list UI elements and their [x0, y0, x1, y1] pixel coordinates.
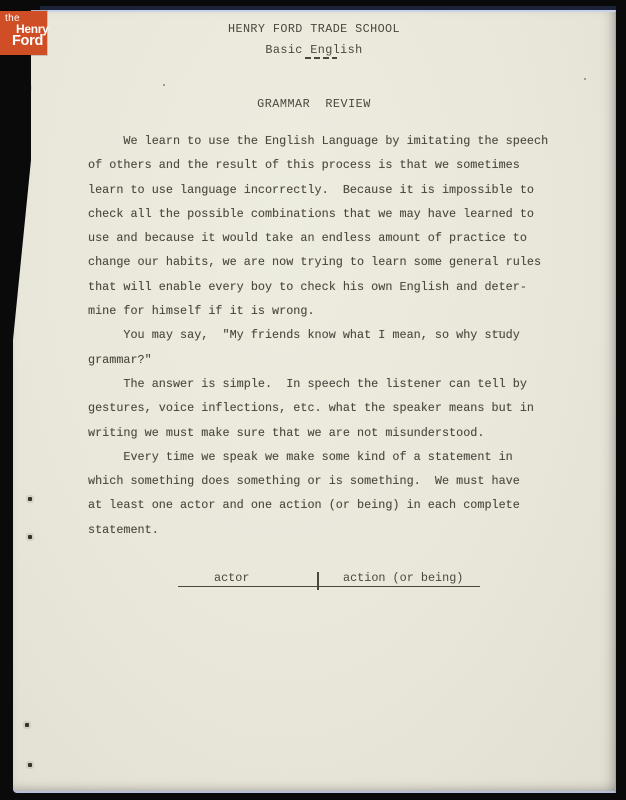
- punch-hole: [25, 723, 29, 727]
- header-underline-mark: [305, 57, 337, 59]
- document-page: HENRY FORD TRADE SCHOOL Basic English GR…: [13, 10, 616, 793]
- section-title: GRAMMAR REVIEW: [13, 97, 615, 111]
- body-text: We learn to use the English Language by …: [88, 129, 548, 542]
- punch-hole: [26, 86, 30, 90]
- diagram-actor-label: actor: [214, 571, 249, 585]
- paper-speck: [584, 78, 586, 80]
- punch-hole: [28, 497, 32, 501]
- punch-hole: [28, 763, 32, 767]
- document-header: HENRY FORD TRADE SCHOOL Basic English: [13, 19, 615, 61]
- diagram-action-label: action (or being): [343, 571, 463, 585]
- diagram-divider-line: [317, 572, 319, 590]
- actor-action-diagram: actor action (or being): [178, 571, 480, 587]
- logo-word-ford: Ford: [12, 33, 43, 49]
- henry-ford-logo: the Henry Ford: [0, 11, 47, 55]
- scan-background: HENRY FORD TRADE SCHOOL Basic English GR…: [0, 0, 626, 800]
- paper-speck: [163, 84, 165, 86]
- header-school-name: HENRY FORD TRADE SCHOOL: [13, 19, 615, 40]
- punch-hole: [28, 535, 32, 539]
